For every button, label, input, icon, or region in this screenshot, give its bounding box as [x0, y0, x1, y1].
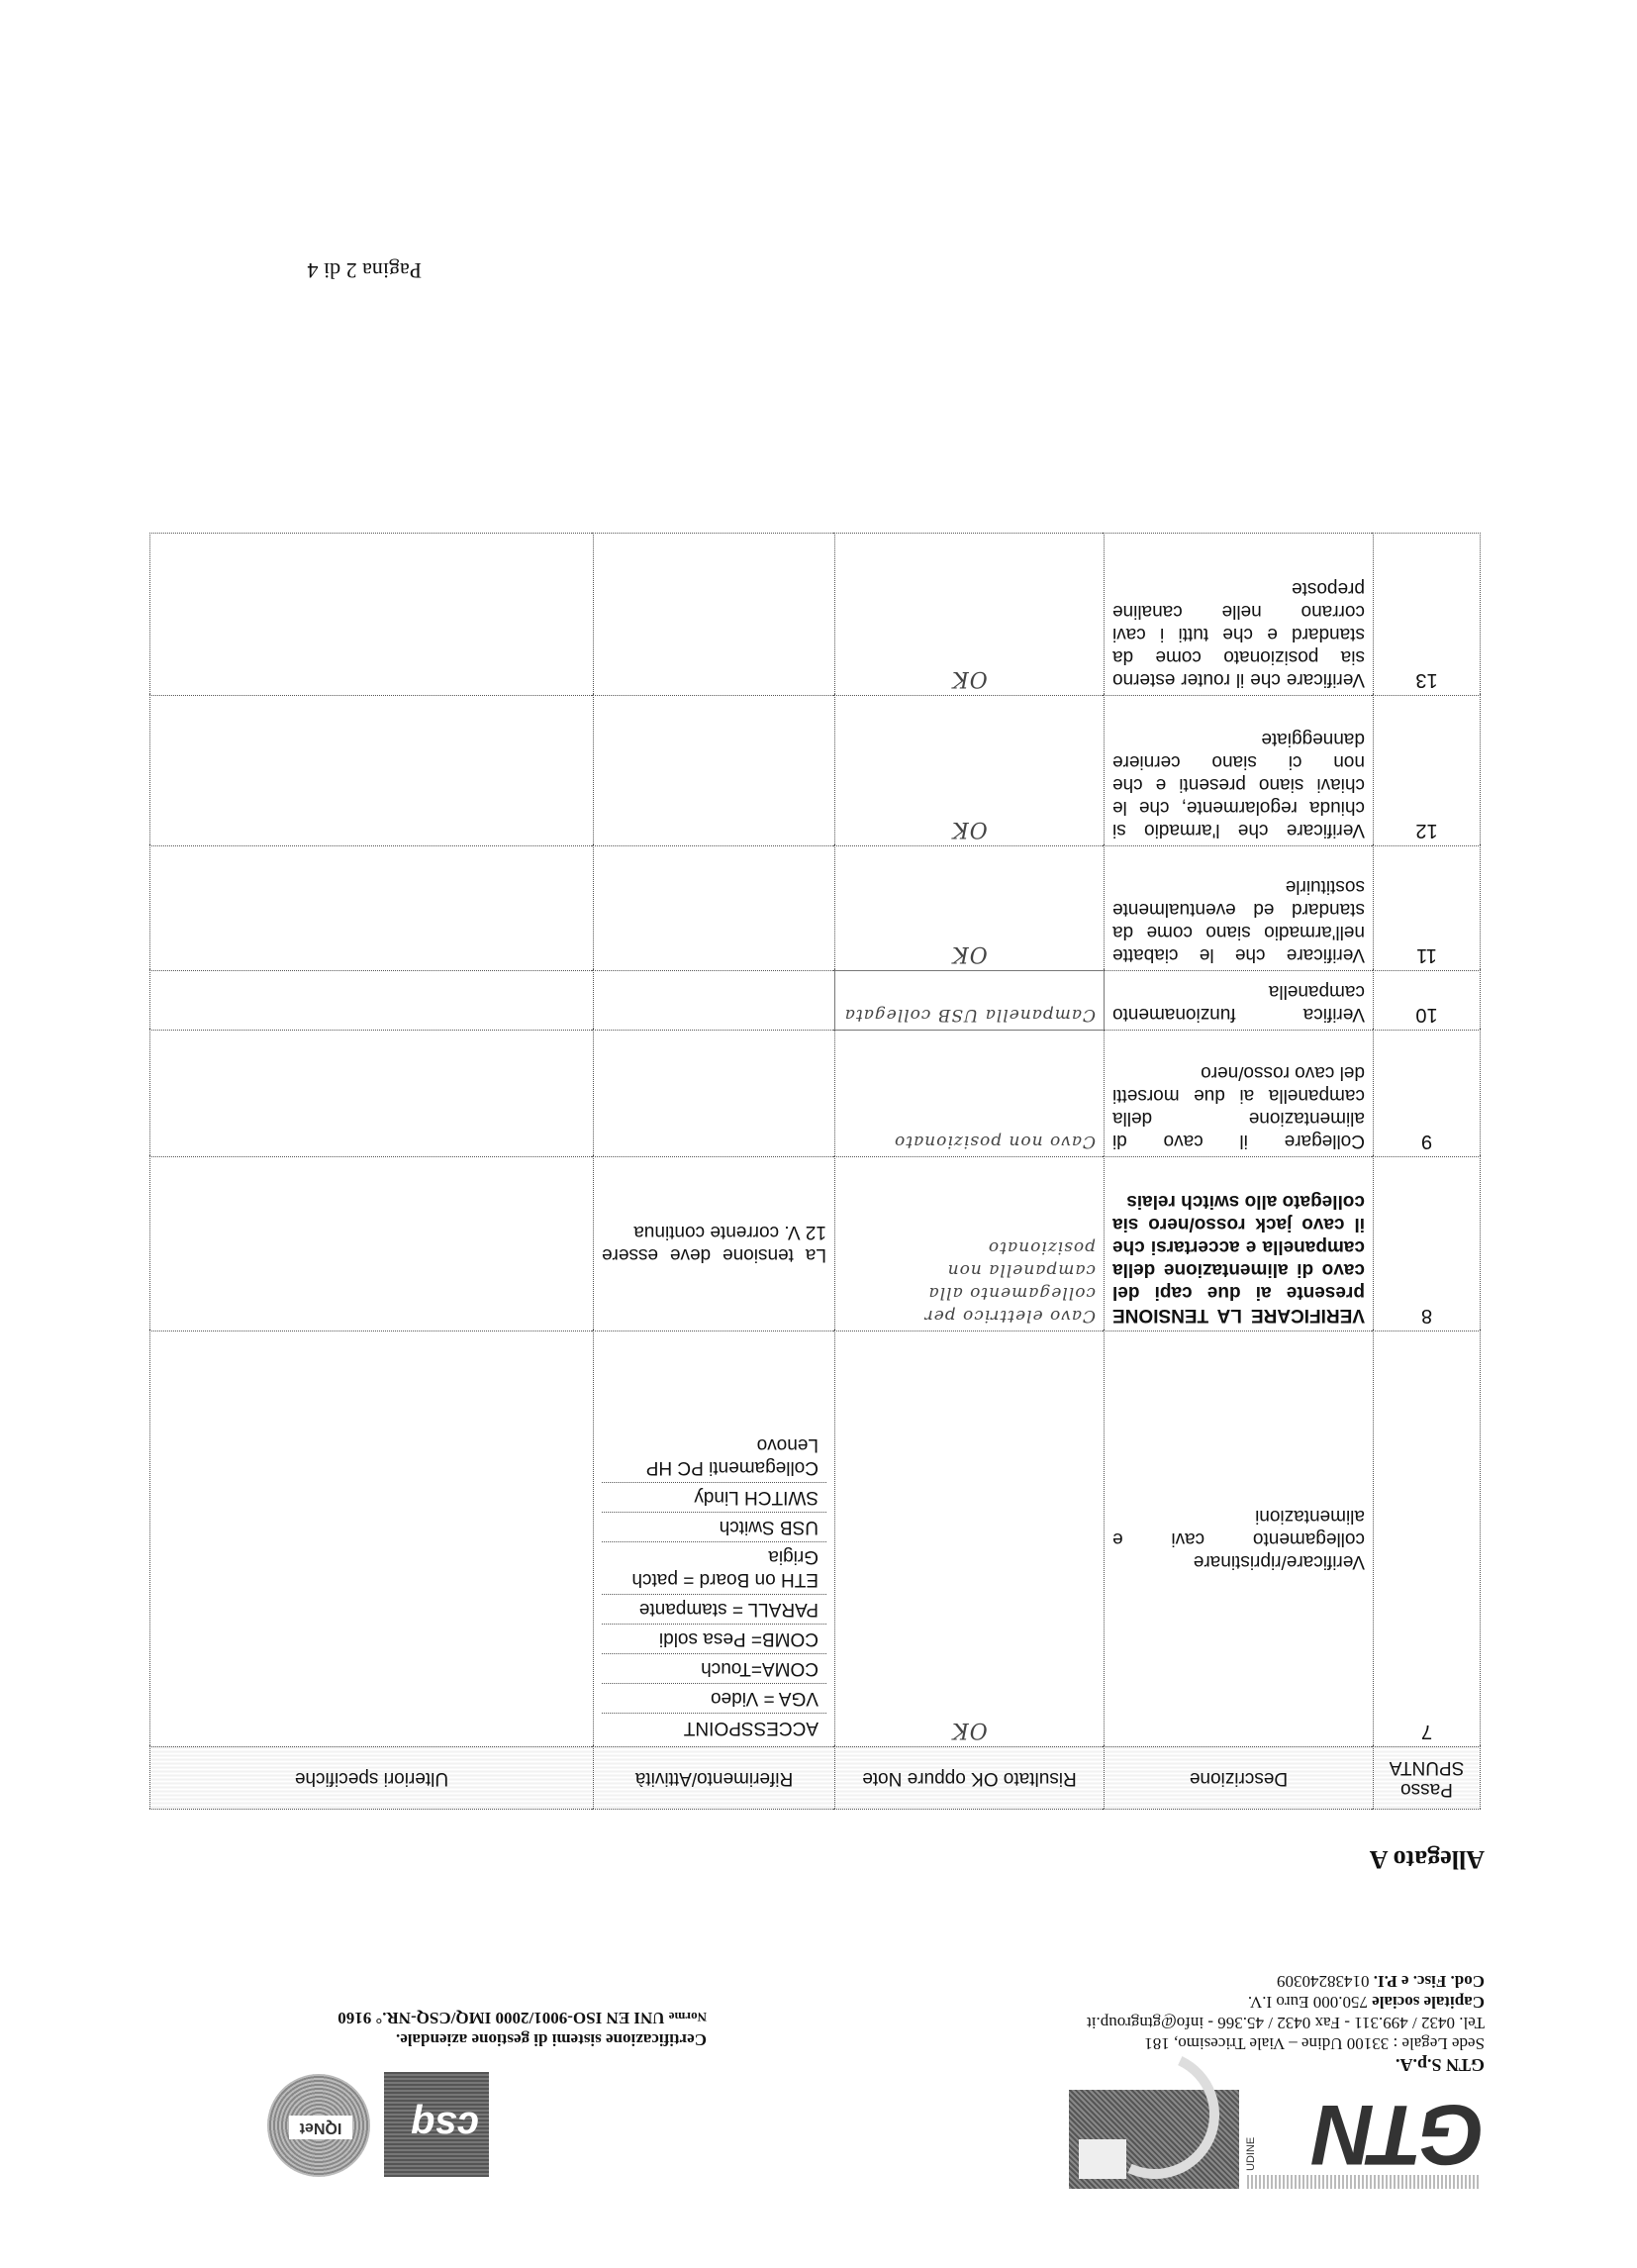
- step-result: OK: [835, 696, 1105, 846]
- table-row: 7 Verificare/ripristinare collegamento c…: [150, 1331, 1481, 1747]
- certification-text: Certificazione sistemi di gestione azien…: [192, 2006, 707, 2050]
- step-reference: La tensione deve essere 12 V. corrente c…: [594, 1157, 835, 1331]
- step-result: Cavo non posizionato: [835, 1031, 1105, 1157]
- step-description: Verificare che l'armadio si chiuda regol…: [1105, 696, 1374, 846]
- handwritten-result: OK: [951, 666, 987, 691]
- handwritten-result: Campanella USB collegata: [843, 1003, 1096, 1026]
- header-result: Risultato OK oppure Note: [835, 1747, 1105, 1810]
- step-number: 10: [1374, 971, 1481, 1031]
- reference-item: PARALL = stampante: [602, 1594, 826, 1624]
- step-description: Verificare che il router esterno sia pos…: [1105, 534, 1374, 696]
- step-description: Verifica funzionamento campanella: [1105, 971, 1374, 1031]
- step-reference: [594, 846, 835, 971]
- capital-label: Capitale sociale: [1372, 1993, 1485, 2012]
- iqnet-logo-icon: IQNet: [267, 2074, 370, 2177]
- header-specifics: Ulteriori specifiche: [150, 1747, 594, 1810]
- reference-item: COMA=Touch: [602, 1653, 826, 1683]
- reference-item: SWITCH Lindy: [602, 1482, 826, 1512]
- step-result: OK: [835, 846, 1105, 971]
- reference-item: ETH on Board = patch Grigia: [602, 1541, 826, 1594]
- step-number: 13: [1374, 534, 1481, 696]
- header-step: Passo SPUNTA: [1374, 1747, 1481, 1810]
- step-number: 8: [1374, 1157, 1481, 1331]
- step-result: OK: [835, 534, 1105, 696]
- tax-label: Cod. Fisc. e P.I.: [1374, 1972, 1485, 1991]
- step-specifics: [150, 846, 594, 971]
- step-specifics: [150, 971, 594, 1031]
- step-specifics: [150, 1331, 594, 1747]
- logo-graphic-icon: [1069, 2090, 1239, 2189]
- table-row: 13 Verificare che il router esterno sia …: [150, 534, 1481, 696]
- handwritten-result: Cavo non posizionato: [843, 1130, 1096, 1152]
- tax-value: 01438240309: [1277, 1972, 1370, 1991]
- scanned-page: GTN UDINE GTN S.p.A. Sede Legale : 33100…: [0, 0, 1637, 2268]
- csq-logo-icon: csq: [384, 2072, 489, 2177]
- document-title: Allegato A: [1370, 1844, 1485, 1874]
- step-specifics: [150, 1031, 594, 1157]
- certification-line-1: Certificazione sistemi di gestione azien…: [192, 2028, 707, 2050]
- table-row: 11 Verificare che le ciabatte nell'armad…: [150, 846, 1481, 971]
- table-header-row: Passo SPUNTA Descrizione Risultato OK op…: [150, 1747, 1481, 1810]
- company-info: GTN S.p.A. Sede Legale : 33100 Udine – V…: [1087, 1971, 1485, 2075]
- step-reference: ACCESSPOINT VGA = Video COMA=Touch COMB=…: [594, 1331, 835, 1747]
- capital-value: 750.000 Euro I.V.: [1248, 1993, 1368, 2012]
- step-result: Cavo elettrico per collegamento alla cam…: [835, 1157, 1105, 1331]
- handwritten-result: Cavo elettrico per collegamento alla cam…: [843, 1235, 1096, 1327]
- table-row: 8 VERIFICARE LA TENSIONE presente ai due…: [150, 1157, 1481, 1331]
- step-description: Collegare il cavo di alimentazione della…: [1105, 1031, 1374, 1157]
- certification-line-2: UNI EN ISO-9001/2000 IMQ/CSQ-NR.° 9160: [337, 2009, 664, 2027]
- certification-norme-label: Norme: [669, 2010, 707, 2024]
- step-description: Verificare che le ciabatte nell'armadio …: [1105, 846, 1374, 971]
- step-specifics: [150, 1157, 594, 1331]
- table-row: 12 Verificare che l'armadio si chiuda re…: [150, 696, 1481, 846]
- reference-item: VGA = Video: [602, 1683, 826, 1713]
- step-result: OK: [835, 1331, 1105, 1747]
- header-reference: Riferimento/Attività: [594, 1747, 835, 1810]
- header-description: Descrizione: [1105, 1747, 1374, 1810]
- step-number: 9: [1374, 1031, 1481, 1157]
- logo-text: GTN: [1316, 2092, 1485, 2177]
- step-reference: [594, 534, 835, 696]
- company-name: GTN S.p.A.: [1087, 2054, 1485, 2075]
- certification-logos: csq IQNet: [267, 2072, 489, 2177]
- handwritten-result: OK: [951, 941, 987, 966]
- company-address: Sede Legale : 33100 Udine – Viale Trices…: [1087, 2033, 1485, 2054]
- handwritten-result: OK: [951, 817, 987, 841]
- step-description: VERIFICARE LA TENSIONE presente ai due c…: [1105, 1157, 1374, 1331]
- step-reference: [594, 1031, 835, 1157]
- step-specifics: [150, 696, 594, 846]
- table-row: 10 Verifica funzionamento campanella Cam…: [150, 971, 1481, 1031]
- step-number: 11: [1374, 846, 1481, 971]
- step-result: Campanella USB collegata: [835, 971, 1105, 1031]
- reference-item: ACCESSPOINT: [602, 1713, 826, 1742]
- step-number: 7: [1374, 1331, 1481, 1747]
- checklist-table: Passo SPUNTA Descrizione Risultato OK op…: [149, 533, 1481, 1810]
- reference-item: Collegamenti PC HP Lenovo: [602, 1430, 826, 1482]
- step-number: 12: [1374, 696, 1481, 846]
- reference-item: COMB= Pesa soldi: [602, 1624, 826, 1653]
- table-row: 9 Collegare il cavo di alimentazione del…: [150, 1031, 1481, 1157]
- step-specifics: [150, 534, 594, 696]
- handwritten-result: OK: [951, 1718, 987, 1742]
- step-reference: [594, 971, 835, 1031]
- step-reference: [594, 696, 835, 846]
- step-description: Verificare/ripristinare collegamento cav…: [1105, 1331, 1374, 1747]
- company-contacts: Tel. 0432 / 499.311 - Fax 0432 / 45.366 …: [1087, 2013, 1485, 2033]
- logo-subtext: UDINE: [1245, 2137, 1257, 2171]
- gtn-logo: GTN UDINE: [1069, 2090, 1485, 2189]
- reference-item: USB Switch: [602, 1512, 826, 1541]
- page-number: Pagina 2 di 4: [308, 257, 423, 283]
